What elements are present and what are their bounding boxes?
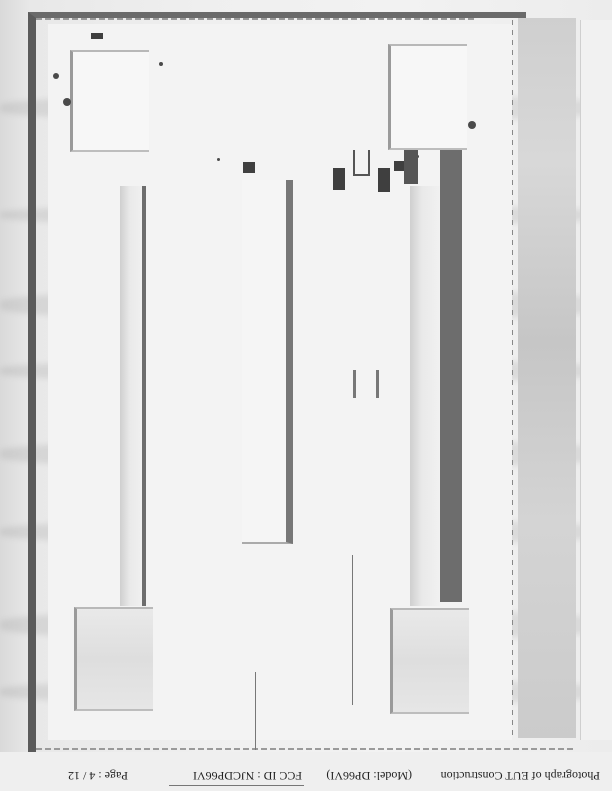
component-chip-a: [243, 162, 255, 173]
rail-left: [120, 186, 144, 606]
component-small-top-left: [91, 33, 103, 39]
document-page: Photograph of EUT Construction (Model: D…: [0, 0, 612, 791]
component-chip-c: [378, 168, 390, 192]
side-edge-dashed: [512, 20, 513, 740]
hole-2: [63, 98, 71, 106]
page-footer: Photograph of EUT Construction (Model: D…: [0, 752, 612, 791]
hole-5: [468, 121, 476, 129]
hole-1: [53, 73, 59, 79]
rail-left-edge: [142, 186, 146, 606]
trace-line-1: [352, 555, 353, 705]
frame-edge-top: [36, 18, 476, 20]
footer-fcc-id: FCC ID : NJCDP66VI: [193, 768, 302, 783]
eut-construction-photo: [0, 0, 612, 752]
corner-pad-top-left: [70, 50, 149, 152]
footer-rotated: Photograph of EUT Construction (Model: D…: [0, 752, 612, 791]
center-slot: [242, 180, 293, 544]
mark-right: [376, 370, 379, 398]
side-strip: [518, 18, 576, 738]
footer-title: Photograph of EUT Construction: [441, 768, 600, 783]
rail-right: [410, 186, 440, 606]
corner-pad-bottom-right: [390, 608, 469, 714]
hole-4: [217, 158, 220, 161]
corner-pad-top-right: [388, 44, 467, 150]
trace-line-2: [255, 672, 256, 750]
mark-left: [353, 370, 356, 398]
corner-pad-bottom-left: [74, 607, 153, 711]
component-chip-e: [404, 150, 418, 184]
component-chip-b: [333, 168, 345, 190]
rail-right-dark: [440, 150, 462, 602]
component-u-clip: [353, 150, 370, 176]
right-edge: [580, 20, 612, 740]
footer-model: (Model: DP66VI): [326, 768, 412, 783]
footer-page-number: Page : 4 / 12: [68, 768, 128, 783]
hole-3: [159, 62, 163, 66]
footer-rule: [169, 785, 304, 786]
frame-edge-bottom: [36, 748, 576, 750]
